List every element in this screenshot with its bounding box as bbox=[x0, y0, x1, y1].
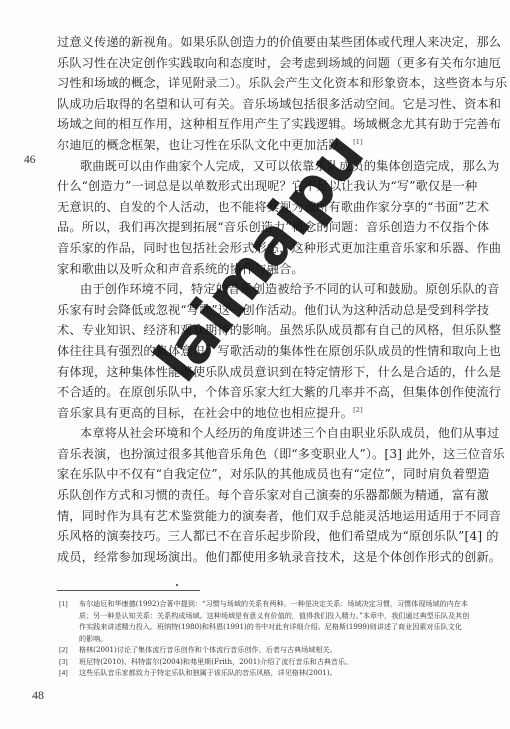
footnote-line: 格林(2001)讨论了集体流行音乐创作和个体流行音乐创作，后者与古典场域相关。 bbox=[79, 644, 455, 656]
footnote-body: 这些乐队音乐家都致力于特定乐队和独属于该乐队的音乐风格，详见格林(2001)。 bbox=[79, 667, 455, 679]
text-line: 家在乐队中不仅有“自我定位”，对乐队的其他成员也有“定位”，同时肩负着塑造 bbox=[57, 464, 453, 485]
text-line: 乐家有时会降低或忽视“写歌”这一创作活动。他们认为这种活动总是受到科学技 bbox=[57, 300, 453, 321]
text-line: 乐风格的演奏技巧。三人都已不在音乐起步阶段，他们希望成为“原创乐队”[4] 的 bbox=[57, 526, 453, 547]
text-line: 成员，经常参加现场演出。他们都使用多轨录音技术，这是个体创作形式的创新。 bbox=[57, 547, 453, 568]
footnote-body: 格林(2001)讨论了集体流行音乐创作和个体流行音乐创作，后者与古典场域相关。 bbox=[79, 644, 455, 656]
footnote-mark: [1] bbox=[59, 598, 79, 644]
page-number: 48 bbox=[32, 688, 44, 703]
margin-page-reference: 46 bbox=[24, 154, 36, 166]
body-text: 过意义传递的新视角。如果乐队创造力的价值要由某些团体或代理人来决定，那么 乐队习… bbox=[57, 32, 453, 567]
footnote-line: 作实践来讲述精力投入。班纳特(1980)和科恩(1991)的书中对此有详细介绍。… bbox=[79, 621, 469, 633]
text-line: 过意义传递的新视角。如果乐队创造力的价值要由某些团体或代理人来决定，那么 bbox=[57, 32, 453, 53]
paragraph: 歌曲既可以由作曲家个人完成，又可以依靠乐队成员的集体创造完成，那么为 什么“创造… bbox=[57, 156, 453, 280]
text-line: 术、专业知识、经济和观众期待的影响。虽然乐队成员都有自己的风格，但乐队整 bbox=[57, 320, 453, 341]
text-line: 不合适的。在原创乐队中，个体音乐家大红大紫的几率并不高，但集体创作使流行 bbox=[57, 382, 453, 403]
footnote-line: 班尼特(2010)、科特雷尔(2004)和弗里斯(Frith，2001)介绍了流… bbox=[79, 656, 455, 668]
footnote-body: 布尔迪厄和华康德(1992)合著中提到：“习惯与场域的关系有两种。一种是决定关系… bbox=[79, 598, 469, 644]
text-line: 队成功后取得的名望和认可有关。音乐场域包括很多活动空间。它是习性、资本和 bbox=[57, 94, 453, 115]
text-line: 情，同时作为具有艺术鉴赏能力的演奏者，他们双手总能灵活地运用适用于不同音 bbox=[57, 506, 453, 527]
paragraph: 过意义传递的新视角。如果乐队创造力的价值要由某些团体或代理人来决定，那么 乐队习… bbox=[57, 32, 453, 156]
footnote-line: 的影响。 bbox=[79, 633, 469, 645]
separator-dot bbox=[176, 584, 178, 586]
text-line: 乐队创作方式和习惯的责任。每个音乐家对自己演奏的乐器都颇为精通，富有激 bbox=[57, 485, 453, 506]
footnotes: [1] 布尔迪厄和华康德(1992)合著中提到：“习惯与场域的关系有两种。一种是… bbox=[59, 598, 455, 679]
document-page: 46 过意义传递的新视角。如果乐队创造力的价值要由某些团体或代理人来决定，那么 … bbox=[0, 0, 510, 729]
footnote-3: [3] 班尼特(2010)、科特雷尔(2004)和弗里斯(Frith，2001)… bbox=[59, 656, 455, 668]
footnote-line: 这些乐队音乐家都致力于特定乐队和独属于该乐队的音乐风格，详见格林(2001)。 bbox=[79, 667, 455, 679]
footnote-line: 布尔迪厄和华康德(1992)合著中提到：“习惯与场域的关系有两种。一种是决定关系… bbox=[79, 598, 469, 610]
text-line: 乐队习性在决定创作实践取向和态度时，会考虑到场域的问题（更多有关布尔迪厄 bbox=[57, 53, 453, 74]
paragraph: 由于创作环境不同，特定的音乐创造被给予不同的认可和鼓励。原创乐队的音 乐家有时会… bbox=[57, 279, 453, 423]
text-line: 音乐家的作品，同时也包括社会形式形态，这种形式更加注重音乐家和乐器、作曲 bbox=[57, 238, 453, 259]
text-line: 由于创作环境不同，特定的音乐创造被给予不同的认可和鼓励。原创乐队的音 bbox=[57, 279, 453, 300]
footnote-mark: [3] bbox=[59, 656, 79, 668]
footnote-mark: [2] bbox=[59, 644, 79, 656]
footnote-4: [4] 这些乐队音乐家都致力于特定乐队和独属于该乐队的音乐风格，详见格林(200… bbox=[59, 667, 455, 679]
text-line: 品。所以，我们再次提到拓展“音乐创造力”概念的问题：音乐创造力不仅指个体 bbox=[57, 217, 453, 238]
footnote-1: [1] 布尔迪厄和华康德(1992)合著中提到：“习惯与场域的关系有两种。一种是… bbox=[59, 598, 455, 644]
footnote-separator bbox=[57, 590, 200, 591]
footnote-body: 班尼特(2010)、科特雷尔(2004)和弗里斯(Frith，2001)介绍了流… bbox=[79, 656, 455, 668]
text-line: 本章将从社会环境和个人经历的角度讲述三个自由职业乐队成员，他们从事过 bbox=[57, 423, 453, 444]
footnote-ref[interactable]: [2] bbox=[353, 406, 363, 414]
text-line: 音乐家具有更高的目标，在社会中的地位也相应提升。[2] bbox=[57, 403, 453, 424]
footnote-ref[interactable]: [1] bbox=[353, 138, 363, 146]
text-line: 习性和场域的概念，详见附录二）。乐队会产生文化资本和形象资本，这些资本与乐 bbox=[57, 73, 453, 94]
text-line: 家和歌曲以及听众和声音系统的协作与融合。 bbox=[57, 259, 453, 280]
text-line: 无意识的、自发的个人活动，也不能将其视为被所有歌曲作家分享的“书面”艺术 bbox=[57, 197, 453, 218]
text-line: 体往往具有强烈的集体意识。写歌活动的集体性在原创乐队成员的性情和取向上也 bbox=[57, 341, 453, 362]
text-line: 有体现，这种集体性能够使乐队成员意识到在特定情形下，什么是合适的，什么是 bbox=[57, 362, 453, 383]
footnote-2: [2] 格林(2001)讨论了集体流行音乐创作和个体流行音乐创作，后者与古典场域… bbox=[59, 644, 455, 656]
footnote-line: 质；另一种是认知关系：关系构成场域。这种场域是有意义有价值的，值得我们投入精力。… bbox=[79, 610, 469, 622]
paragraph: 本章将从社会环境和个人经历的角度讲述三个自由职业乐队成员，他们从事过 音乐表演，… bbox=[57, 423, 453, 567]
text-line: 场域之间的相互作用，这种相互作用产生了实践逻辑。场域概念尤其有助于完善布 bbox=[57, 114, 453, 135]
text-line: 尔迪厄的概念框架，也让习性在乐队文化中更加活跃。[1] bbox=[57, 135, 453, 156]
text-line: 音乐表演，也扮演过很多其他音乐角色（即“多变职业人”）。[3] 此外，这三位音乐 bbox=[57, 444, 453, 465]
footnote-mark: [4] bbox=[59, 667, 79, 679]
text-line: 什么“创造力”一词总是以单数形式出现呢？它不足以让我认为“写”歌仅是一种 bbox=[57, 176, 453, 197]
text-line: 歌曲既可以由作曲家个人完成，又可以依靠乐队成员的集体创造完成，那么为 bbox=[57, 156, 453, 177]
